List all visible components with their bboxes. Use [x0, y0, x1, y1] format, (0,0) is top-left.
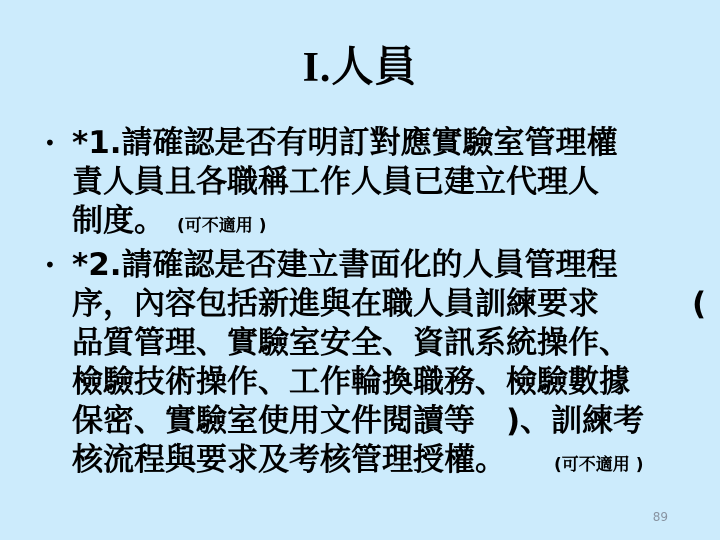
bullet-content-1: *1.請確認是否有明訂對應實驗室管理權 責人員且各職稱工作人員已建立代理人 制度… — [72, 124, 704, 246]
bullet-marker: • — [44, 246, 72, 285]
bullet-line-text: *2.請確認是否建立書面化的人員管理程 — [72, 247, 618, 283]
bullet-line: 保密、實驗室使用文件閱讀等 )、訓練考 — [72, 402, 704, 441]
slide: I.人員 • *1.請確認是否有明訂對應實驗室管理權 責人員且各職稱工作人員已建… — [0, 0, 720, 540]
bullet-line-text: 責人員且各職稱工作人員已建立代理人 — [72, 164, 599, 200]
bullet-line: 核流程與要求及考核管理授權。(可不適用 ) — [72, 441, 704, 485]
bullet-line-text: 品質管理、實驗室安全、資訊系統操作、 — [72, 325, 630, 361]
bullet-line: 責人員且各職稱工作人員已建立代理人 — [72, 163, 704, 202]
bullet-line: *1.請確認是否有明訂對應實驗室管理權 — [72, 124, 704, 163]
bullet-line: 檢驗技術操作、工作輪換職務、檢驗數據 — [72, 363, 704, 402]
page-number: 89 — [653, 510, 668, 524]
bullet-line: 品質管理、實驗室安全、資訊系統操作、 — [72, 324, 704, 363]
bullet-line-text: *1.請確認是否有明訂對應實驗室管理權 — [72, 125, 618, 161]
inline-note: (可不適用 ) — [177, 216, 266, 236]
bullet-line-text: 制度。 — [72, 203, 165, 239]
bullet-content-2: *2.請確認是否建立書面化的人員管理程 序，內容包括新進與在職人員訓練要求 ( … — [72, 246, 704, 485]
bullet-marker: • — [44, 124, 72, 163]
inline-note: (可不適用 ) — [554, 455, 643, 475]
bullet-line-text: 核流程與要求及考核管理授權。 — [72, 442, 506, 478]
bullet-line-text: 檢驗技術操作、工作輪換職務、檢驗數據 — [72, 364, 630, 400]
bullet-line-text: 保密、實驗室使用文件閱讀等 )、訓練考 — [72, 403, 644, 439]
bullet-item-1: • *1.請確認是否有明訂對應實驗室管理權 責人員且各職稱工作人員已建立代理人 … — [44, 124, 704, 246]
bullet-line-text: 序，內容包括新進與在職人員訓練要求 ( — [72, 286, 706, 322]
slide-body: • *1.請確認是否有明訂對應實驗室管理權 責人員且各職稱工作人員已建立代理人 … — [0, 124, 720, 485]
bullet-line: 制度。(可不適用 ) — [72, 202, 704, 246]
slide-title: I.人員 — [0, 0, 720, 92]
bullet-line: 序，內容包括新進與在職人員訓練要求 ( — [72, 285, 704, 324]
bullet-item-2: • *2.請確認是否建立書面化的人員管理程 序，內容包括新進與在職人員訓練要求 … — [44, 246, 704, 485]
bullet-line: *2.請確認是否建立書面化的人員管理程 — [72, 246, 704, 285]
